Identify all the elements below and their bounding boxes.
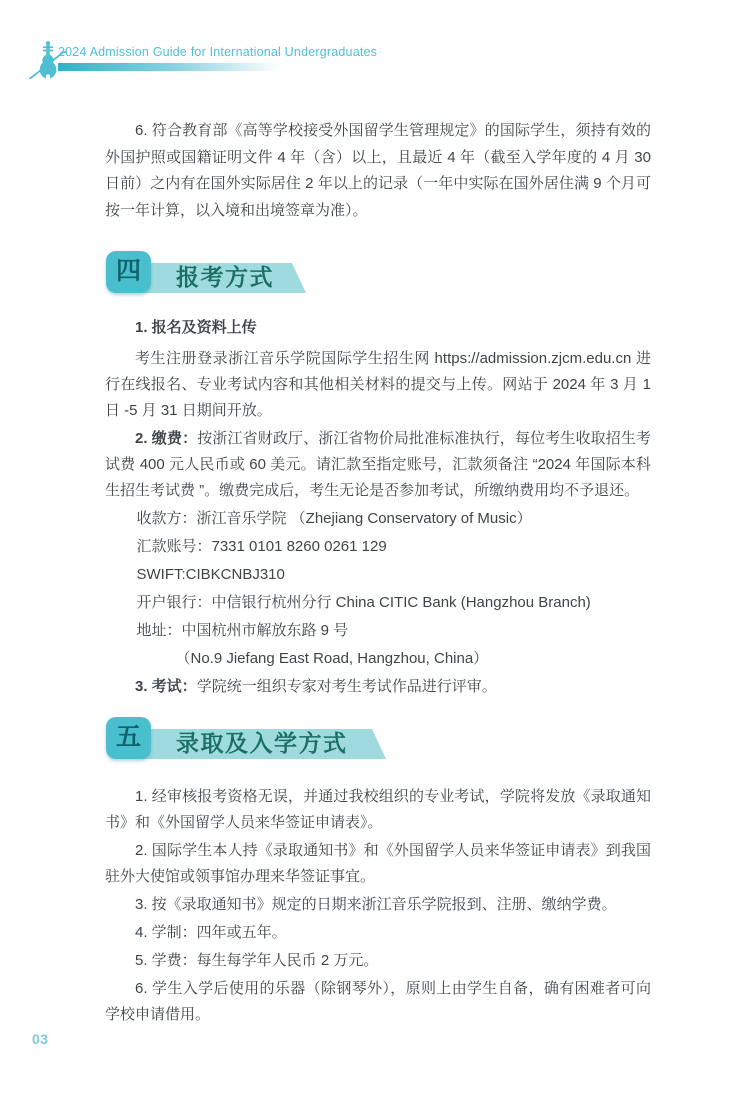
- paragraph: 1. 经审核报考资格无误，并通过我校组织的专业考试，学院将发放《录取通知书》和《…: [105, 784, 651, 836]
- paragraph: 4. 学制：四年或五年。: [105, 920, 651, 946]
- paragraph: 开户银行：中信银行杭州分行 China CITIC Bank (Hangzhou…: [105, 590, 651, 616]
- section-content-application: 1. 报名及资料上传考生注册登录浙江音乐学院国际学生招生网 https://ad…: [105, 315, 651, 702]
- header-title: 2024 Admission Guide for International U…: [58, 45, 377, 59]
- section-number-badge: 五: [106, 717, 151, 759]
- section-content-admission: 1. 经审核报考资格无误，并通过我校组织的专业考试，学院将发放《录取通知书》和《…: [105, 784, 651, 1030]
- paragraph: 2. 国际学生本人持《录取通知书》和《外国留学人员来华签证申请表》到我国驻外大使…: [105, 838, 651, 890]
- paragraph: 汇款账号：7331 0101 8260 0261 129: [105, 534, 651, 560]
- paragraph: 地址：中国杭州市解放东路 9 号: [105, 618, 651, 644]
- paragraph: 3. 考试：学院统一组织专家对考生考试作品进行评审。: [105, 674, 651, 700]
- section-title: 录取及入学方式: [118, 729, 386, 759]
- paragraph: SWIFT:CIBKCNBJ310: [105, 562, 651, 588]
- paragraph: 收款方：浙江音乐学院 （Zhejiang Conservatory of Mus…: [105, 506, 651, 532]
- document-page: 2024 Admission Guide for International U…: [0, 0, 748, 1102]
- paragraph: 3. 按《录取通知书》规定的日期来浙江音乐学院报到、注册、缴纳学费。: [105, 892, 651, 918]
- paragraph: 考生注册登录浙江音乐学院国际学生招生网 https://admission.zj…: [105, 346, 651, 424]
- intro-paragraph: 6. 符合教育部《高等学校接受外国留学生管理规定》的国际学生，须持有效的外国护照…: [105, 118, 651, 224]
- page-number: 03: [32, 1031, 49, 1047]
- header-accent-bar: [58, 63, 280, 71]
- section-number-badge: 四: [106, 251, 151, 293]
- section-title-ribbon: 录取及入学方式: [118, 729, 386, 759]
- paragraph: （No.9 Jiefang East Road, Hangzhou, China…: [105, 646, 651, 672]
- violin-icon: [28, 30, 68, 92]
- paragraph: 2. 缴费：按浙江省财政厅、浙江省物价局批准标准执行，每位考生收取招生考试费 4…: [105, 426, 651, 504]
- paragraph: 5. 学费：每生每学年人民币 2 万元。: [105, 948, 651, 974]
- paragraph: 6. 学生入学后使用的乐器（除钢琴外），原则上由学生自备，确有困难者可向学校申请…: [105, 976, 651, 1028]
- paragraph: 1. 报名及资料上传: [105, 315, 651, 341]
